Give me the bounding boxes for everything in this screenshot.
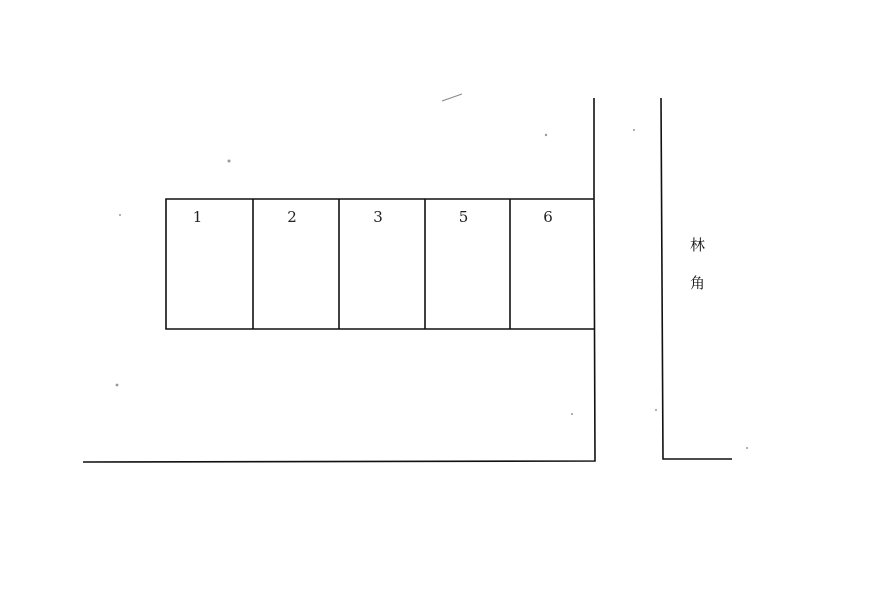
space-number: 6 (543, 208, 553, 226)
scan-noise (116, 94, 748, 449)
space-number: 1 (193, 208, 203, 226)
parking-space-3: 3 (339, 199, 383, 329)
parking-space-1: 1 (193, 208, 203, 226)
parking-space-6: 6 (510, 199, 553, 329)
parking-space-5: 5 (425, 199, 468, 329)
parking-spaces: 12356 (166, 199, 594, 329)
landmark-char: 林 (690, 236, 705, 254)
space-number: 3 (373, 208, 383, 226)
space-number: 2 (287, 208, 297, 226)
site-plan-diagram: 12356 林 角 (0, 0, 877, 616)
landmark-label: 林 角 (690, 236, 705, 292)
landmark-char: 角 (690, 274, 705, 292)
space-number: 5 (459, 208, 469, 226)
parking-space-2: 2 (253, 199, 297, 329)
boundary-lines (83, 98, 732, 462)
